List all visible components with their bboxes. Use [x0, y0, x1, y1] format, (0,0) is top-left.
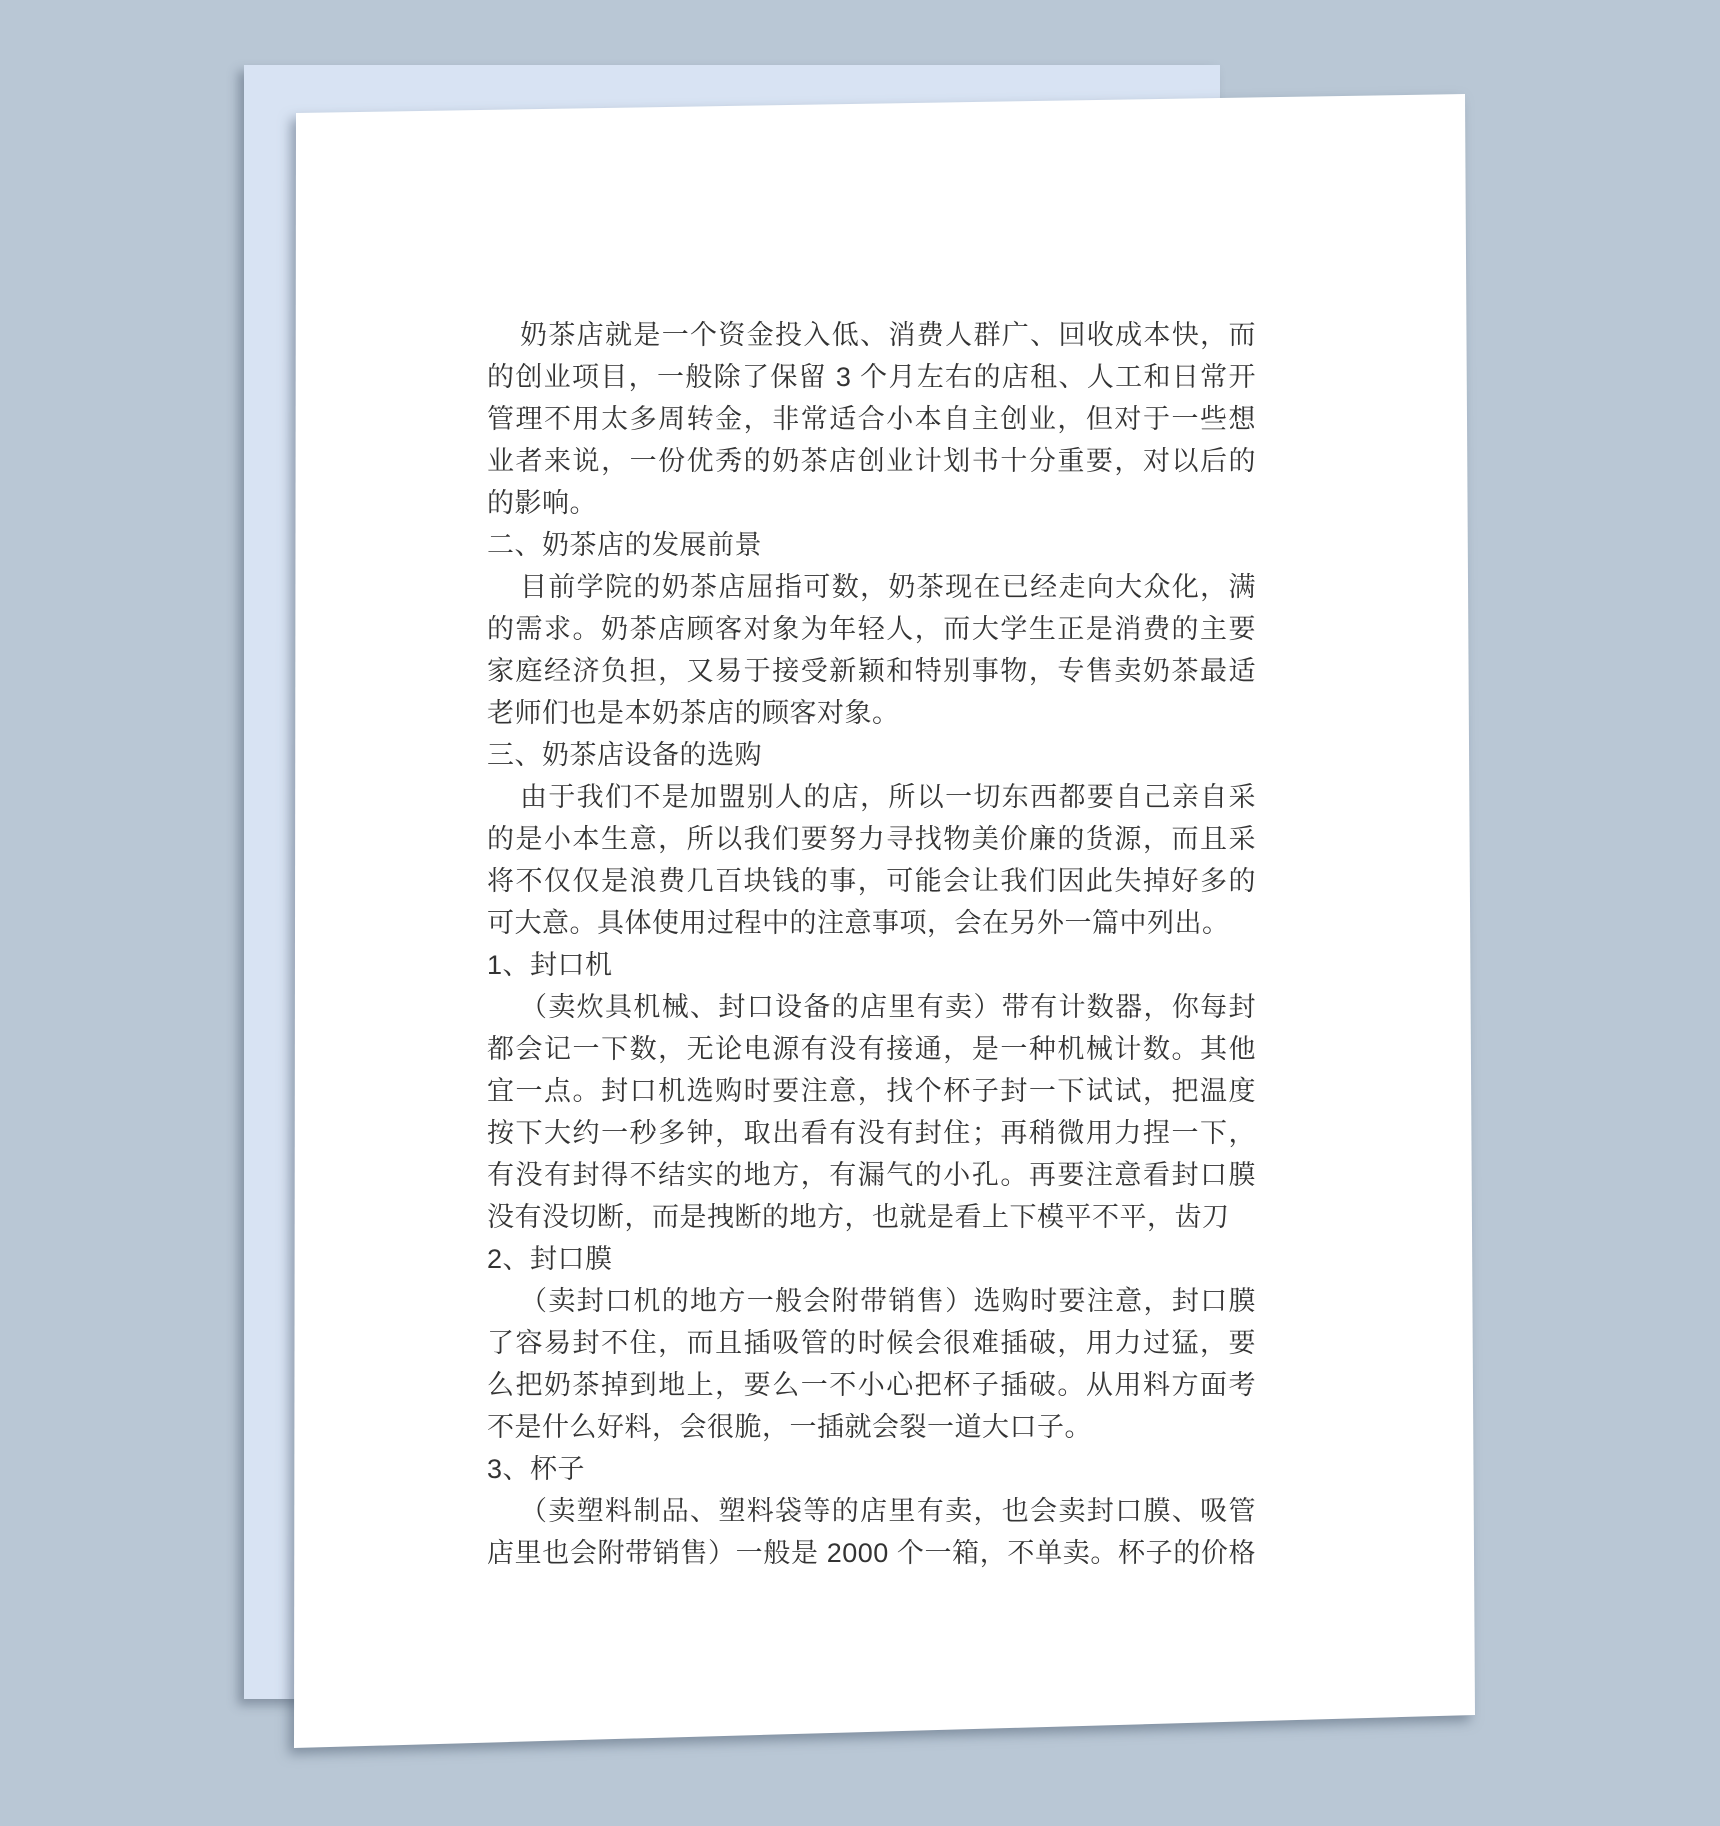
text-line: 的是小本生意，所以我们要努力寻找物美价廉的货源，而且采购不到好的设备， [487, 818, 1256, 860]
text-line: 3、杯子 [487, 1448, 1256, 1490]
text-line: 管理不用太多周转金，非常适合小本自主创业，但对于一些想开奶茶店创业的创 [487, 398, 1256, 440]
text-line: （卖塑料制品、塑料袋等的店里有卖，也会卖封口膜、吸管等，卖封口机的 [487, 1490, 1256, 1532]
text-line: 老师们也是本奶茶店的顾客对象。 [487, 692, 1256, 734]
document-text: 奶茶店就是一个资金投入低、消费人群广、回收成本快，而且门面非常好找的创业项目，一… [487, 314, 1256, 1574]
text-line: 奶茶店就是一个资金投入低、消费人群广、回收成本快，而且门面非常好找 [487, 314, 1256, 356]
text-line: 1、封口机 [487, 944, 1256, 986]
text-line: 业者来说，一份优秀的奶茶店创业计划书十分重要，对以后的经营管理起着很大 [487, 440, 1256, 482]
text-line: 宜一点。封口机选购时要注意，找个杯子封一下试试，把温度调到 170 度左右， [487, 1070, 1256, 1112]
document-page: 奶茶店就是一个资金投入低、消费人群广、回收成本快，而且门面非常好找的创业项目，一… [294, 94, 1476, 1748]
document-page-wrapper: 奶茶店就是一个资金投入低、消费人群广、回收成本快，而且门面非常好找的创业项目，一… [294, 94, 1476, 1748]
text-line: 由于我们不是加盟别人的店，所以一切东西都要自己亲自采购。由于我们做 [487, 776, 1256, 818]
text-line: 家庭经济负担，又易于接受新颖和特别事物，专售卖奶茶最适合他们不过。另外， [487, 650, 1256, 692]
text-line: 了容易封不住，而且插吸管的时候会很难插破，用力过猛，要么把吸管插坏，要 [487, 1322, 1256, 1364]
text-line: 的需求。奶茶店顾客对象为年轻人，而大学生正是消费的主要的对象，他们没有 [487, 608, 1256, 650]
text-line: 都会记一下数，无论电源有没有接通，是一种机械计数。其他不带计数器的更便 [487, 1028, 1256, 1070]
text-line: 按下大约一秒多钟，取出看有没有封住；再稍微用力捏一下，看封得结实不结实， [487, 1112, 1256, 1154]
text-line: 将不仅仅是浪费几百块钱的事，可能会让我们因此失掉好多的长期顾客，千万不 [487, 860, 1256, 902]
text-line: 的创业项目，一般除了保留 3 个月左右的店租、人工和日常开销外，奶茶店经营 [487, 356, 1256, 398]
text-line: 2、封口膜 [487, 1238, 1256, 1280]
text-line: 三、奶茶店设备的选购 [487, 734, 1256, 776]
text-line: （卖封口机的地方一般会附带销售）选购时要注意，封口膜不能太厚，太厚 [487, 1280, 1256, 1322]
text-line: 可大意。具体使用过程中的注意事项，会在另外一篇中列出。 [487, 902, 1256, 944]
backdrop: 奶茶店就是一个资金投入低、消费人群广、回收成本快，而且门面非常好找的创业项目，一… [0, 0, 1720, 1826]
text-line: 没有没切断，而是拽断的地方，也就是看上下模平不平，齿刀锋不锋利。 [487, 1196, 1256, 1238]
text-line: 二、奶茶店的发展前景 [487, 524, 1256, 566]
text-line: 目前学院的奶茶店屈指可数，奶茶现在已经走向大众化，满足了更多消费者 [487, 566, 1256, 608]
text-line: 么把奶茶掉到地上，要么一不小心把杯子插破。从用料方面考虑，太厚的一般都 [487, 1364, 1256, 1406]
text-line: 的影响。 [487, 482, 1256, 524]
text-line: 有没有封得不结实的地方，有漏气的小孔。再要注意看封口膜切得是否整齐，有 [487, 1154, 1256, 1196]
text-line: 不是什么好料，会很脆，一插就会裂一道大口子。 [487, 1406, 1256, 1448]
text-line: 店里也会附带销售）一般是 2000 个一箱，不单卖。杯子的价格相差不大，质量 [487, 1532, 1256, 1574]
text-line: （卖炊具机械、封口设备的店里有卖）带有计数器，你每封一下口，计数器 [487, 986, 1256, 1028]
